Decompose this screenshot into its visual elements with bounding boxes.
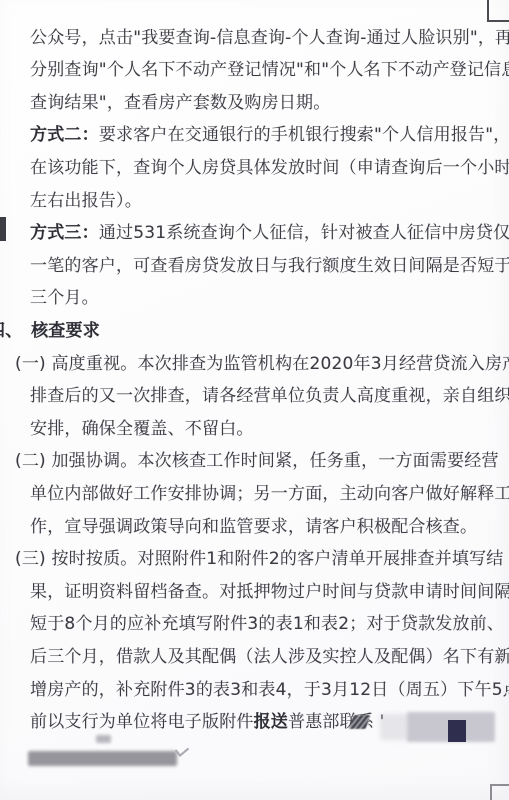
text-segment: 前以支行为单位将电子版附件 [30,712,254,732]
blur-fade-left [380,714,410,740]
bold-text-segment: 方式三： [30,223,99,243]
table-corner-bottom-right [490,784,509,800]
text-segment: 三个月。 [30,288,99,308]
text-line: 排查后的又一次排查，请各经营单位负责人高度重视，亲自组织 [30,386,509,407]
navy-redaction-square [448,720,466,742]
text-segment: (一) 高度重视。本次排查为监管机构在2020年3月经营贷流入房产 [15,354,509,374]
text-segment: 作，宣导强调政策导向和监管要求，请客户积极配合核查。 [30,517,477,537]
text-line: 分别查询"个人名下不动产登记情况"和"个人名下不动产登记信息 [30,60,509,81]
text-segment: 要求客户在交通银行的手机银行搜索"个人信用报告"， [99,125,509,145]
text-line: 三个月。 [30,288,99,309]
text-line: 果，证明资料留档备查。对抵押物过户时间与贷款申请时间间隔 [30,582,509,603]
text-segment: 分别查询"个人名下不动产登记情况"和"个人名下不动产登记信息 [30,60,509,80]
table-corner-top-right [487,0,509,22]
text-segment: 查询结果"，查看房产套数及购房日期。 [30,93,330,113]
text-line: 安排，确保全覆盖、不留白。 [30,419,254,440]
text-segment: 增房产的，补充附件3的表3和表4，于3月12日（周五）下午5点 [30,680,509,700]
text-line: 四、 核查要求 [0,321,100,342]
text-segment: 排查后的又一次排查，请各经营单位负责人高度重视，亲自组织 [30,386,509,406]
text-line: 公众号，点击"我要查询-信息查询-个人查询-通过人脸识别"，再 [30,28,509,49]
text-line: (一) 高度重视。本次排查为监管机构在2020年3月经营贷流入房产 [15,354,509,375]
small-gray-mark [96,735,111,743]
text-line: 方式二：要求客户在交通银行的手机银行搜索"个人信用报告"， [30,125,509,146]
document-photo: 公众号，点击"我要查询-信息查询-个人查询-通过人脸识别"，再分别查询"个人名下… [0,0,509,800]
text-line: 短于8个月的应补充填写附件3的表1和表2；对于贷款发放前、 [30,614,504,635]
blur-redaction-bottom-bar [28,751,177,766]
left-edge-mark [0,217,6,241]
text-segment: 短于8个月的应补充填写附件3的表1和表2；对于贷款发放前、 [30,614,504,634]
text-line: 在该功能下，查询个人房贷具体发放时间（申请查询后一个小时 [30,158,509,179]
text-segment: 公众号，点击"我要查询-信息查询-个人查询-通过人脸识别"，再 [30,28,509,48]
text-segment: 果，证明资料留档备查。对抵押物过户时间与贷款申请时间间隔 [30,582,509,602]
text-segment: 安排，确保全覆盖、不留白。 [30,419,254,439]
document-body: 公众号，点击"我要查询-信息查询-个人查询-通过人脸识别"，再分别查询"个人名下… [0,0,509,800]
text-line: (三) 按时按质。对照附件1和附件2的客户清单开展排查并填写结 [15,549,504,570]
text-line: 一笔的客户，可查看房贷发放日与我行额度生效日间隔是否短于 [30,256,509,277]
text-line: 单位内部做好工作安排协调；另一方面，主动向客户做好解释工 [30,484,509,505]
text-segment: (三) 按时按质。对照附件1和附件2的客户清单开展排查并填写结 [15,549,504,569]
bold-text-segment: 方式二： [30,125,99,145]
text-segment: 单位内部做好工作安排协调；另一方面，主动向客户做好解释工 [30,484,509,504]
text-line: (二) 加强协调。本次核查工作时间紧，任务重，一方面需要经营 [15,451,499,472]
text-segment: 左右出报告）。 [30,191,142,211]
text-line: 方式三：通过531系统查询个人征信，针对被查人征信中房贷仅 [30,223,509,244]
bold-text-segment: 四、 核查要求 [0,321,100,341]
text-segment: 通过531系统查询个人征信，针对被查人征信中房贷仅 [99,223,509,243]
text-line: 前以支行为单位将电子版附件报送普惠部联系 ' [30,712,385,733]
text-segment: 后三个月，借款人及其配偶（法人涉及实控人及配偶）名下有新 [30,647,509,667]
text-segment: 在该功能下，查询个人房贷具体发放时间（申请查询后一个小时 [30,158,509,178]
text-segment: (二) 加强协调。本次核查工作时间紧，任务重，一方面需要经营 [15,451,499,471]
bold-text-segment: 报送 [254,712,288,732]
text-line: 增房产的，补充附件3的表3和表4，于3月12日（周五）下午5点 [30,680,509,701]
text-line: 左右出报告）。 [30,191,142,212]
text-line: 后三个月，借款人及其配偶（法人涉及实控人及配偶）名下有新 [30,647,509,668]
text-line: 作，宣导强调政策导向和监管要求，请客户积极配合核查。 [30,517,477,538]
text-segment: 一笔的客户，可查看房贷发放日与我行额度生效日间隔是否短于 [30,256,509,276]
text-line: 查询结果"，查看房产套数及购房日期。 [30,93,330,114]
